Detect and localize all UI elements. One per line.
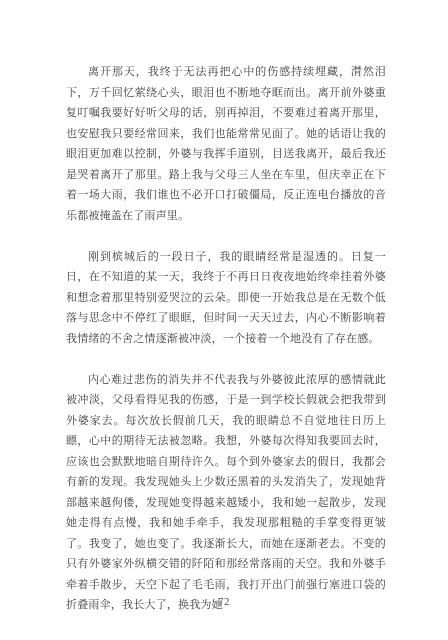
paragraph-2: 刚到槟城后的一段日子，我的眼睛经常是湿透的。日复一日，在不知道的某一天，我终于不… <box>66 247 386 350</box>
paragraph-1: 离开那天，我终于无法再把心中的伤感持续埋藏，潸然泪下，万千回忆萦绕心头，眼泪也不… <box>66 62 386 226</box>
document-page: 离开那天，我终于无法再把心中的伤感持续埋藏，潸然泪下，万千回忆萦绕心头，眼泪也不… <box>0 0 448 640</box>
page-number: 72 <box>0 596 448 608</box>
page-body: 离开那天，我终于无法再把心中的伤感持续埋藏，潸然泪下，万千回忆萦绕心头，眼泪也不… <box>66 62 386 616</box>
paragraph-3: 内心难过悲伤的消失并不代表我与外婆彼此浓厚的感情就此被冲淡，父母看得见我的伤感，… <box>66 370 386 616</box>
